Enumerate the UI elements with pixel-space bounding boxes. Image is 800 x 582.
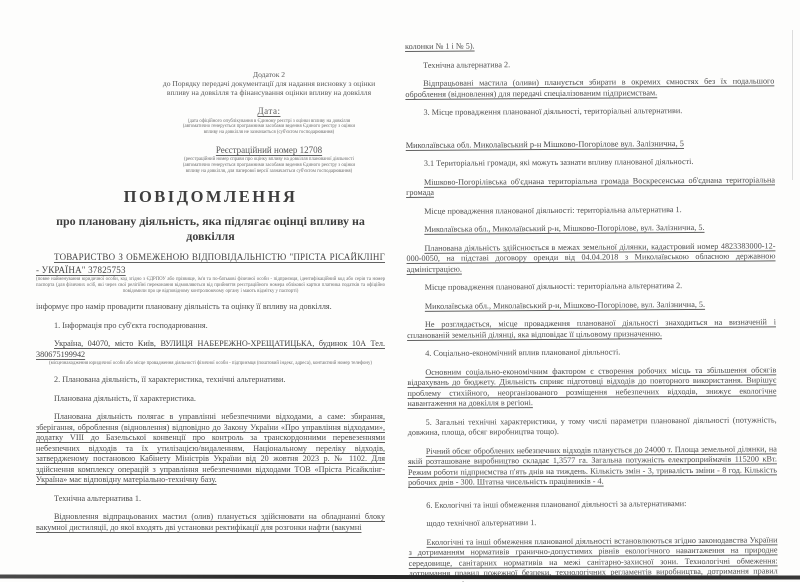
annex-number: Додаток 2 xyxy=(155,70,383,79)
section-5-heading: 5. Загальні технічні характеристики, у т… xyxy=(408,415,777,439)
territorial-alt-1-address: Миколаївська обл., Миколаївський р-н, Мі… xyxy=(406,222,775,235)
territorial-alt-2-paragraph: Не розглядається, місце провадження план… xyxy=(407,317,776,341)
territorial-alt-2-address: Миколаївська обл., Миколаївський р-н, Мі… xyxy=(407,299,776,312)
scanned-document: Додаток 2 до Порядку передачі документац… xyxy=(0,0,800,582)
registration-note: (реєстраційний номер справи про оцінку в… xyxy=(181,157,357,174)
activity-paragraph: Планована діяльність полягає в управлінн… xyxy=(36,412,385,486)
section-3-1-heading: 3.1 Територіальні громади, які можуть за… xyxy=(406,156,775,169)
page-2: колонки № 1 і № 5). Технічна альтернатив… xyxy=(395,0,800,582)
activity-heading: Планована діяльність, її характеристика. xyxy=(36,394,385,405)
tech-alt-1-reference: щодо технічної альтернативи 1. xyxy=(408,516,777,529)
annex-reference: до Порядку передачі документації для над… xyxy=(155,79,383,97)
date-note: (дата офіційного опублікування в Єдиному… xyxy=(181,119,357,136)
section-2-heading: 2. Планована діяльність, її характеристи… xyxy=(36,375,385,386)
company-note: (повне найменування юридичної особи, код… xyxy=(36,277,385,294)
tech-alt-1-paragraph: Відновлення відпрацьованих мастил (олив)… xyxy=(36,512,385,533)
section-3-heading: 3. Місце провадження планованої діяльнос… xyxy=(405,105,774,118)
notice-subtitle: про плановану діяльність, яка підлягає о… xyxy=(50,214,371,244)
page-2-carryover: колонки № 1 і № 5). xyxy=(405,39,774,52)
intro-paragraph: інформує про намір провадити плановану д… xyxy=(36,302,385,313)
territorial-alt-1-label: Місце провадження планованої діяльності:… xyxy=(406,204,775,217)
tech-alt-2-heading: Технічна альтернатива 2. xyxy=(405,58,774,71)
communities-paragraph: Мішково-Погорілівська об'єднана територі… xyxy=(406,175,775,199)
land-plot-paragraph: Планована діяльність здійснюється в межа… xyxy=(406,241,775,275)
company-name: ТОВАРИСТВО З ОБМЕЖЕНОЮ ВІДПОВІДАЛЬНІСТЮ … xyxy=(36,251,385,276)
technical-specs-paragraph: Річний обсяг оброблених небезпечних відх… xyxy=(408,444,777,489)
annex-block: Додаток 2 до Порядку передачі документац… xyxy=(155,70,383,174)
section-6-heading: 6. Екологічні та інші обмеження планован… xyxy=(408,498,777,511)
social-impact-paragraph: Основним соціально-економічним фактором … xyxy=(407,365,776,410)
tech-alt-1-heading: Технічна альтернатива 1. xyxy=(36,494,385,505)
tech-alt-2-paragraph: Відпрацьовані мастила (оливи) планується… xyxy=(405,76,774,100)
date-label: Дата: xyxy=(155,106,383,117)
location-heading: Миколаївська обл. Миколаївський р-н Мішк… xyxy=(406,138,775,151)
company-address: Україна, 04070, місто Київ, ВУЛИЦЯ НАБЕР… xyxy=(36,339,385,360)
registration-number: Реєстраційний номер 12708 xyxy=(155,145,383,156)
page-1: Додаток 2 до Порядку передачі документац… xyxy=(0,0,395,582)
notice-title: ПОВІДОМЛЕННЯ xyxy=(36,187,385,207)
section-1-heading: 1. Інформація про суб'єкта господарюванн… xyxy=(36,321,385,332)
territorial-alt-2-label: Місце провадження планованої діяльності:… xyxy=(407,280,776,293)
section-4-heading: 4. Соціально-економічний вплив плановано… xyxy=(407,346,776,359)
address-note: (місцезнаходження юридичної особи або мі… xyxy=(36,361,385,367)
page-edge-line xyxy=(792,30,793,180)
